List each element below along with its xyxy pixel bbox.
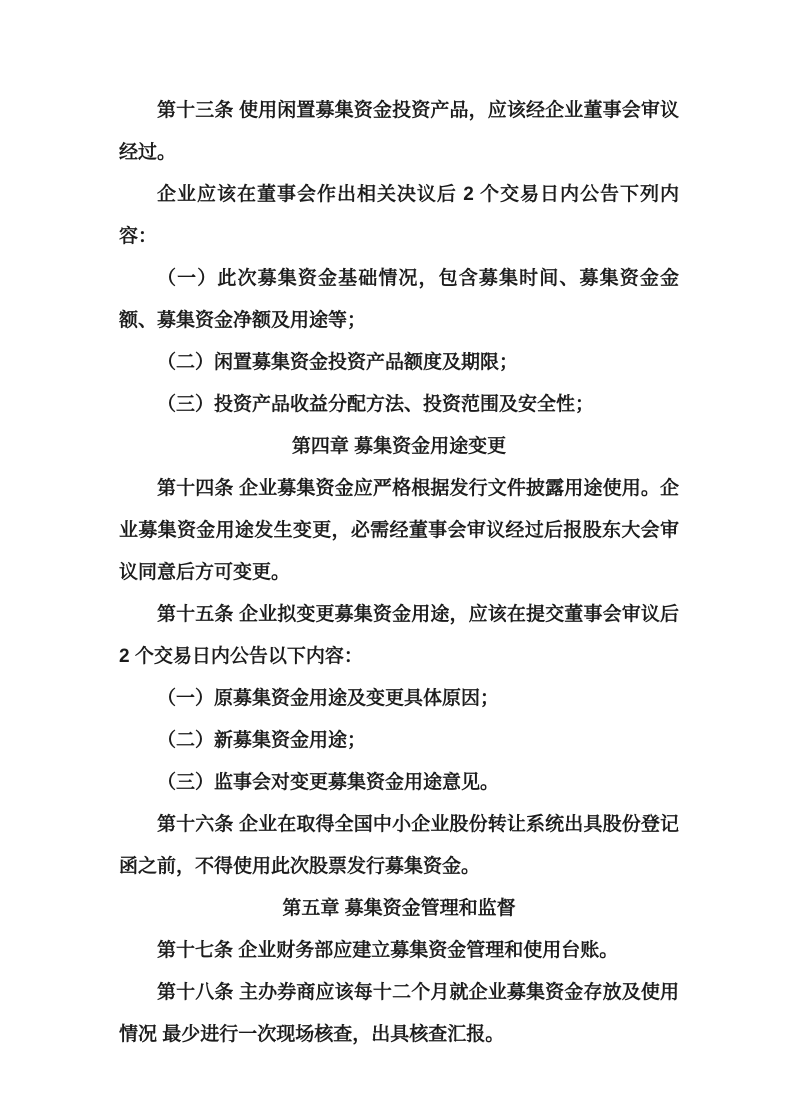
article-17: 第十七条 企业财务部应建立募集资金管理和使用台账。 [119, 930, 679, 972]
list-item-2: （二）闲置募集资金投资产品额度及期限； [119, 342, 679, 384]
document-page: 第十三条 使用闲置募集资金投资产品，应该经企业董事会审议经过。 企业应该在董事会… [119, 90, 679, 1056]
list-item-6: （三）监事会对变更募集资金用途意见。 [119, 762, 679, 804]
article-13-body: 企业应该在董事会作出相关决议后 2 个交易日内公告下列内容： [119, 174, 679, 258]
list-item-1: （一）此次募集资金基础情况，包含募集时间、募集资金金额、募集资金净额及用途等； [119, 258, 679, 342]
article-13: 第十三条 使用闲置募集资金投资产品，应该经企业董事会审议经过。 [119, 90, 679, 174]
chapter-4-heading: 第四章 募集资金用途变更 [119, 426, 679, 468]
list-item-5: （二）新募集资金用途； [119, 720, 679, 762]
article-16: 第十六条 企业在取得全国中小企业股份转让系统出具股份登记函之前，不得使用此次股票… [119, 804, 679, 888]
article-15: 第十五条 企业拟变更募集资金用途，应该在提交董事会审议后 2 个交易日内公告以下… [119, 594, 679, 678]
article-14: 第十四条 企业募集资金应严格根据发行文件披露用途使用。企业募集资金用途发生变更，… [119, 468, 679, 594]
article-18: 第十八条 主办券商应该每十二个月就企业募集资金存放及使用情况 最少进行一次现场核… [119, 972, 679, 1056]
chapter-5-heading: 第五章 募集资金管理和监督 [119, 888, 679, 930]
list-item-3: （三）投资产品收益分配方法、投资范围及安全性； [119, 384, 679, 426]
list-item-4: （一）原募集资金用途及变更具体原因； [119, 678, 679, 720]
